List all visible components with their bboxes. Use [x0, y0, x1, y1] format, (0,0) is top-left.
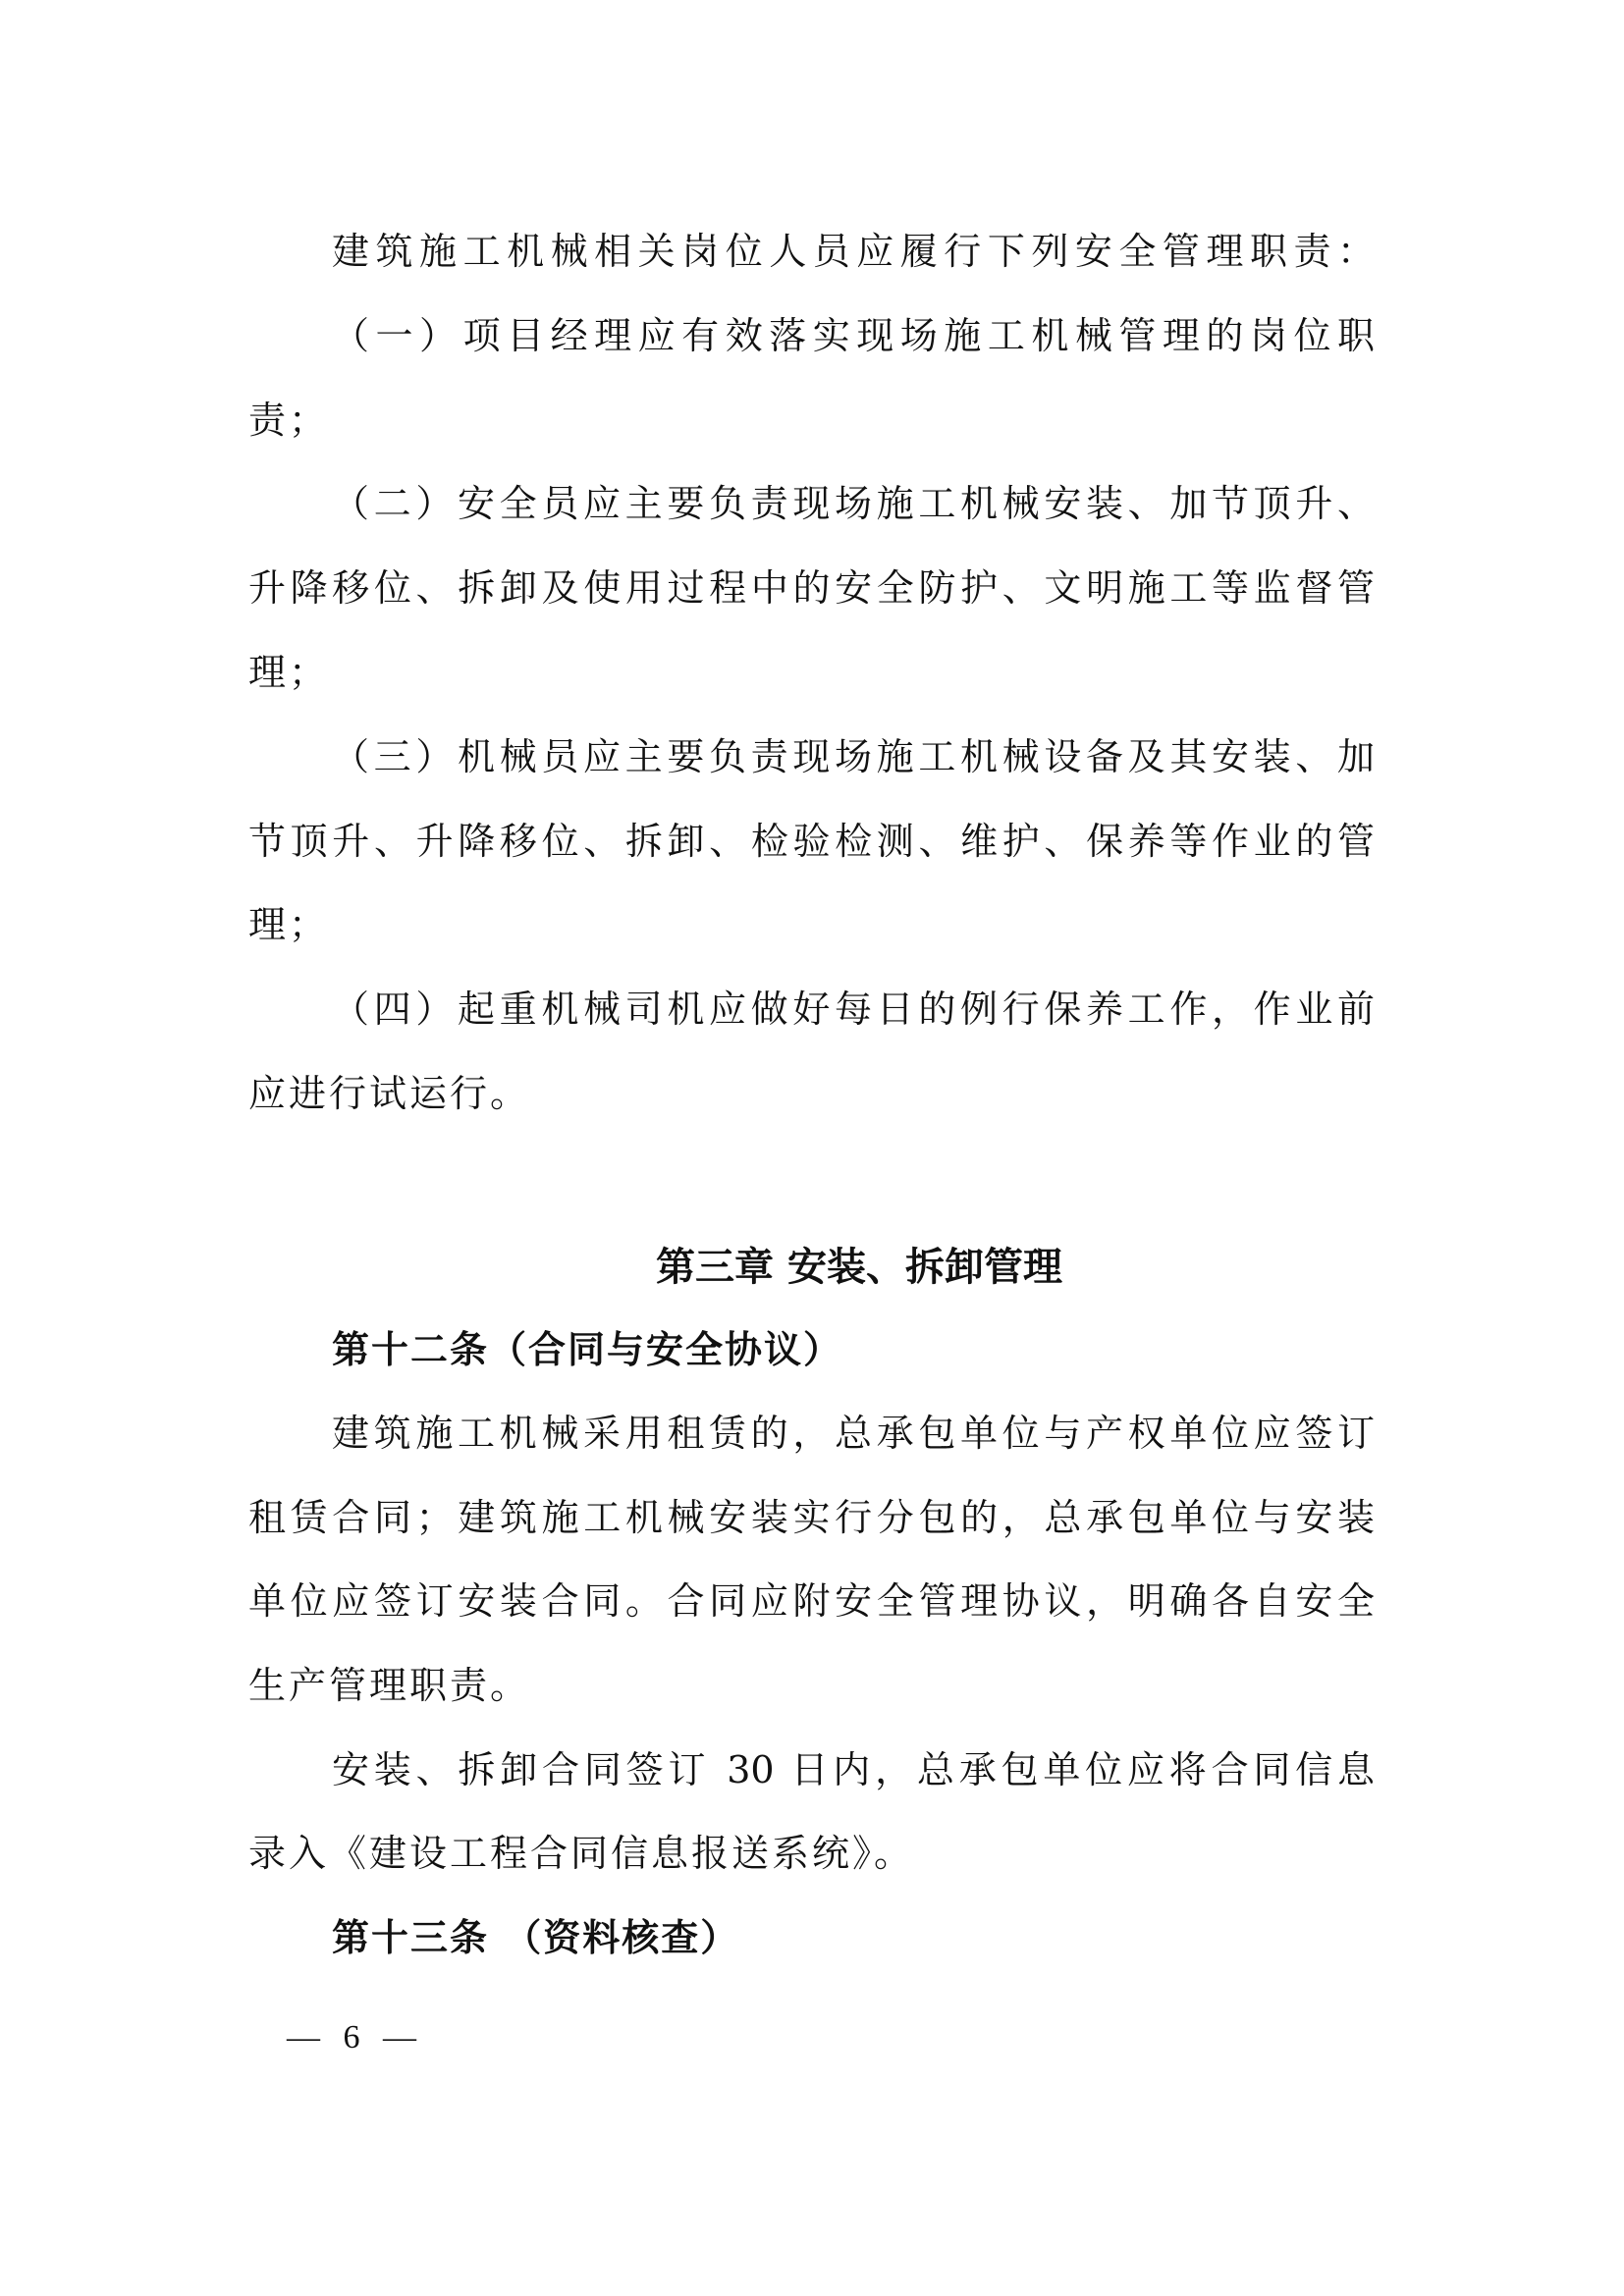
item-2-line-2: 升降移位、拆卸及使用过程中的安全防护、文明施工等监督管 — [248, 566, 1375, 610]
item-3-line-2: 节顶升、升降移位、拆卸、检验检测、维护、保养等作业的管 — [248, 820, 1375, 863]
article-12-title: 第十二条（合同与安全协议） — [332, 1328, 921, 1371]
item-4-line-1: （四）起重机械司机应做好每日的例行保养工作，作业前 — [332, 988, 1375, 1031]
item-3-line-3: 理； — [248, 903, 1375, 946]
item-1-line-2: 责； — [248, 399, 1375, 442]
article-12-p2-line-2: 录入《建设工程合同信息报送系统》。 — [248, 1832, 1375, 1875]
page-number: — 6 — — [287, 2020, 416, 2056]
article-12-p1-line-1: 建筑施工机械采用租赁的，总承包单位与产权单位应签订 — [332, 1412, 1375, 1455]
item-3-line-1: （三）机械员应主要负责现场施工机械设备及其安装、加 — [332, 735, 1375, 778]
chapter-heading: 第三章 安装、拆卸管理 — [609, 1243, 1110, 1292]
article-12-p1-line-2: 租赁合同；建筑施工机械安装实行分包的，总承包单位与安装 — [248, 1496, 1375, 1539]
article-12-p2-line-1: 安装、拆卸合同签订 30 日内，总承包单位应将合同信息 — [332, 1748, 1375, 1791]
intro-line: 建筑施工机械相关岗位人员应履行下列安全管理职责： — [332, 230, 1375, 273]
article-13-title: 第十三条 （资料核查） — [332, 1916, 921, 1959]
article-12-p1-line-3: 单位应签订安装合同。合同应附安全管理协议，明确各自安全 — [248, 1579, 1375, 1623]
document-page: 建筑施工机械相关岗位人员应履行下列安全管理职责： （一）项目经理应有效落实现场施… — [0, 0, 1624, 2296]
item-2-line-3: 理； — [248, 651, 1375, 694]
item-4-line-2: 应进行试运行。 — [248, 1072, 1375, 1115]
item-2-line-1: （二）安全员应主要负责现场施工机械安装、加节顶升、 — [332, 482, 1375, 525]
item-1-line-1: （一）项目经理应有效落实现场施工机械管理的岗位职 — [332, 314, 1375, 357]
article-12-p1-line-4: 生产管理职责。 — [248, 1664, 1375, 1707]
